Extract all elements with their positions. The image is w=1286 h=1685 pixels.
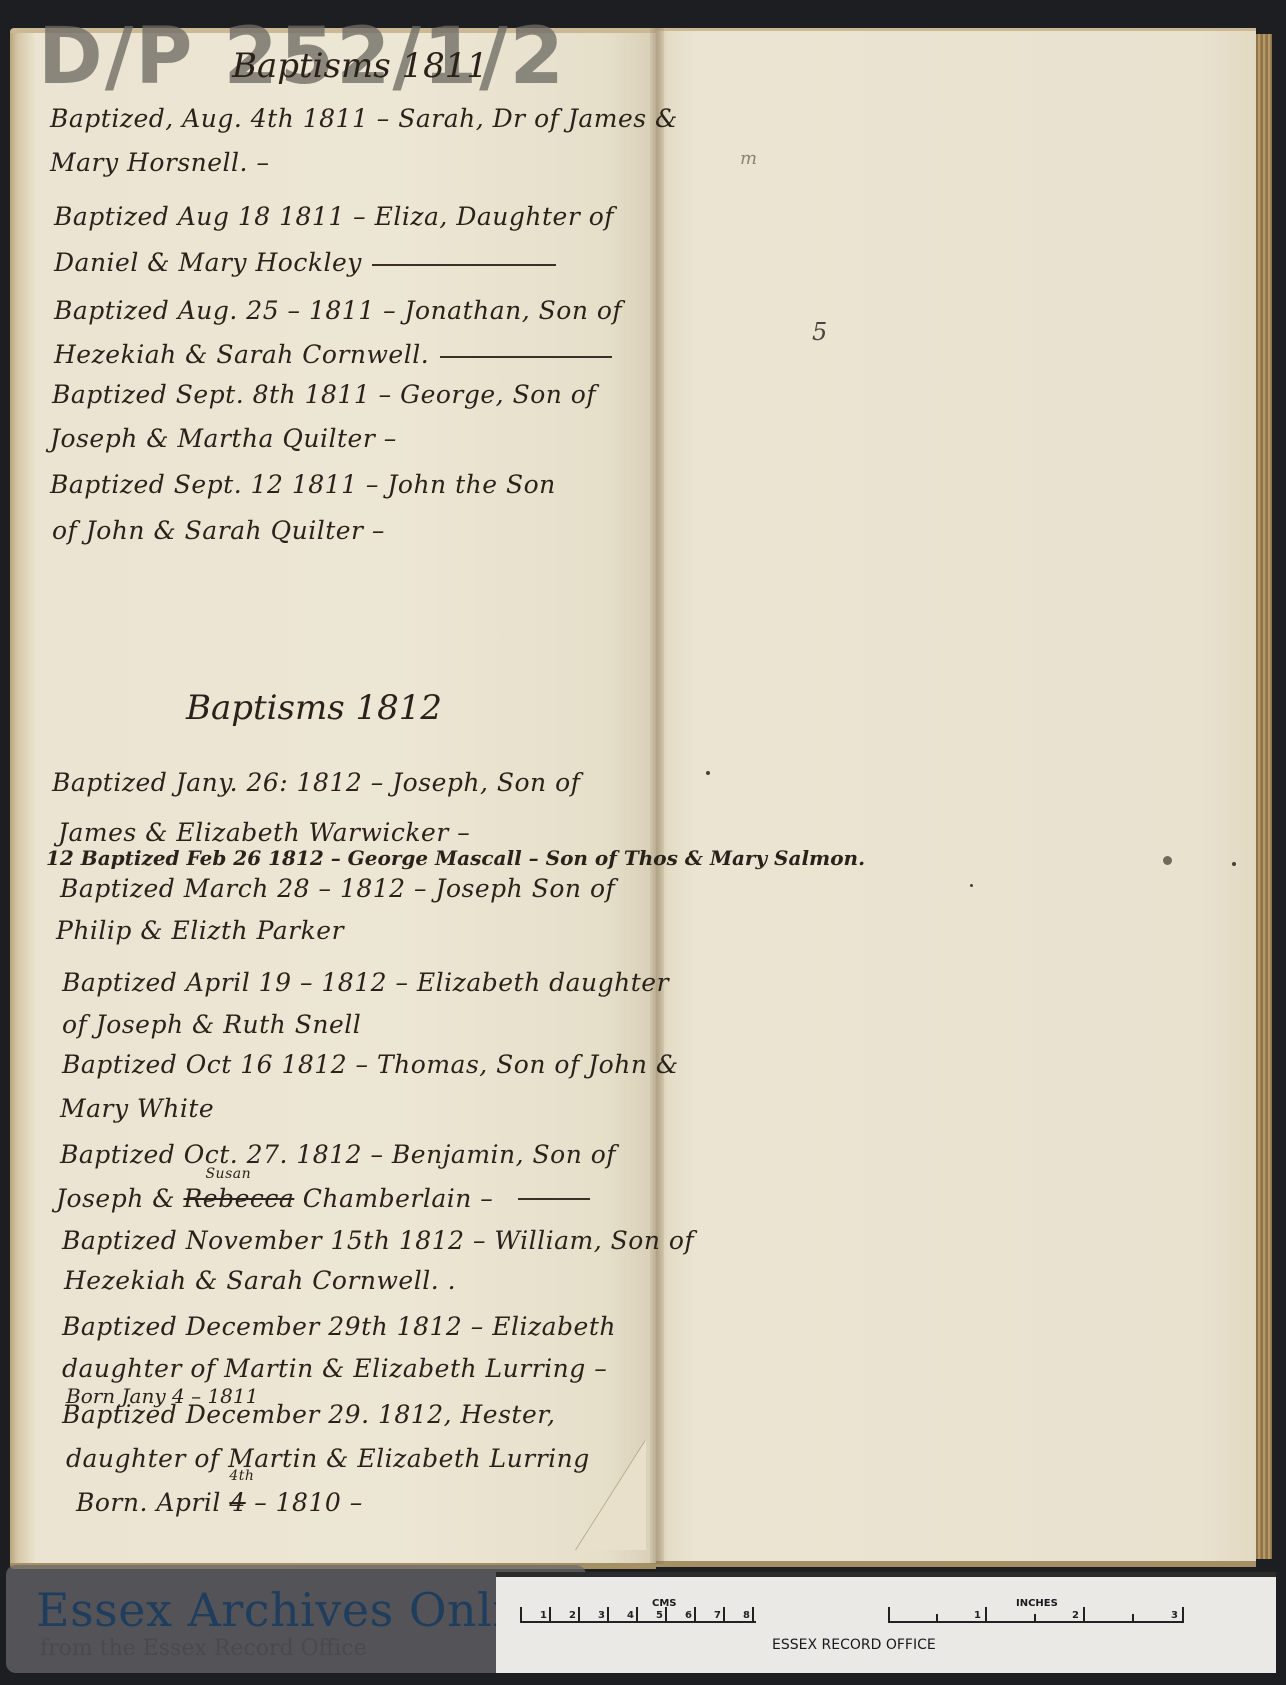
pencil-mark: 5: [812, 318, 827, 346]
entry-line: Baptized April 19 – 1812 – Elizabeth dau…: [62, 968, 669, 997]
cms-ruler: 1 2 3 4 5 6 7 8: [520, 1607, 756, 1623]
entry-line: Baptized November 15th 1812 – William, S…: [62, 1226, 694, 1255]
entry-line: Hezekiah & Sarah Cornwell. .: [64, 1266, 456, 1295]
inserted-name: Susan: [205, 1166, 251, 1182]
struck-name: Rebecca: [183, 1184, 294, 1213]
entry-line: Baptized Sept. 12 1811 – John the Son: [50, 470, 556, 499]
watermark-title: Essex Archives Online: [36, 1583, 565, 1637]
entry-line: Baptized Aug 18 1811 – Eliza, Daughter o…: [54, 202, 614, 231]
entry-line-inserted: 12 Baptized Feb 26 1812 – George Mascall…: [46, 846, 865, 870]
ink-spot: [706, 771, 710, 775]
watermark-subtitle: from the Essex Record Office: [40, 1636, 367, 1661]
entry-line: Mary Horsnell. –: [50, 148, 269, 177]
entry-line: Philip & Elizth Parker: [56, 916, 344, 945]
entry-line: James & Elizabeth Warwicker –: [58, 818, 470, 847]
entry-line-with-correction: Joseph & Rebecca Susan Chamberlain –: [56, 1184, 493, 1213]
entry-line: Mary White: [60, 1094, 214, 1123]
entry-line: daughter of Martin & Elizabeth Lurring: [66, 1444, 590, 1473]
entry-line: Hezekiah & Sarah Cornwell.: [54, 340, 429, 369]
entry-line: Joseph & Martha Quilter –: [50, 424, 397, 453]
ink-spot: [1232, 862, 1236, 866]
right-page: [656, 28, 1256, 1567]
inches-ruler: 1 2 3: [888, 1607, 1184, 1623]
entry-line: daughter of Martin & Elizabeth Lurring –: [62, 1354, 607, 1383]
ink-spot: [970, 884, 973, 887]
inserted-day: 4th: [229, 1468, 254, 1484]
entry-rule: [372, 264, 556, 266]
entry-line: Baptized Jany. 26: 1812 – Joseph, Son of: [52, 768, 580, 797]
measurement-scale: CMS 1 2 3 4 5 6 7 8 INCHES 1 2 3 ESSEX R…: [496, 1572, 1276, 1673]
entry-rule: [440, 356, 612, 358]
entry-line: of Joseph & Ruth Snell: [62, 1010, 361, 1039]
entry-line: Daniel & Mary Hockley: [54, 248, 362, 277]
entry-line: Baptized March 28 – 1812 – Joseph Son of: [60, 874, 615, 903]
text-post: Chamberlain –: [303, 1184, 494, 1213]
heading-baptisms-1812: Baptisms 1812: [186, 688, 442, 728]
entry-line: Baptized Oct. 27. 1812 – Benjamin, Son o…: [60, 1140, 616, 1169]
entry-line-with-correction: Born. April 4 4th – 1810 –: [76, 1488, 363, 1517]
text-pre: Joseph &: [56, 1184, 175, 1213]
text-post: – 1810 –: [254, 1488, 363, 1517]
folded-page-corner: [576, 1440, 646, 1550]
entry-line: Baptized December 29th 1812 – Elizabeth: [62, 1312, 616, 1341]
entry-line: Baptized, Aug. 4th 1811 – Sarah, Dr of J…: [50, 104, 678, 133]
entry-rule: [518, 1198, 590, 1200]
ink-spot: [1163, 856, 1172, 865]
entry-line: Baptized Oct 16 1812 – Thomas, Son of Jo…: [62, 1050, 679, 1079]
heading-baptisms-1811: Baptisms 1811: [232, 46, 488, 86]
struck-day: 4: [229, 1488, 245, 1517]
pencil-mark: m: [740, 148, 757, 169]
entry-line: Baptized Aug. 25 – 1811 – Jonathan, Son …: [54, 296, 622, 325]
entry-line: Baptized December 29. 1812, Hester,: [62, 1400, 555, 1429]
entry-line: Baptized Sept. 8th 1811 – George, Son of: [52, 380, 596, 409]
essex-record-office-label: ESSEX RECORD OFFICE: [772, 1637, 936, 1653]
book-gutter: [650, 28, 664, 1564]
text-pre: Born. April: [76, 1488, 221, 1517]
entry-line: of John & Sarah Quilter –: [52, 516, 385, 545]
page-edges: [1256, 34, 1272, 1559]
